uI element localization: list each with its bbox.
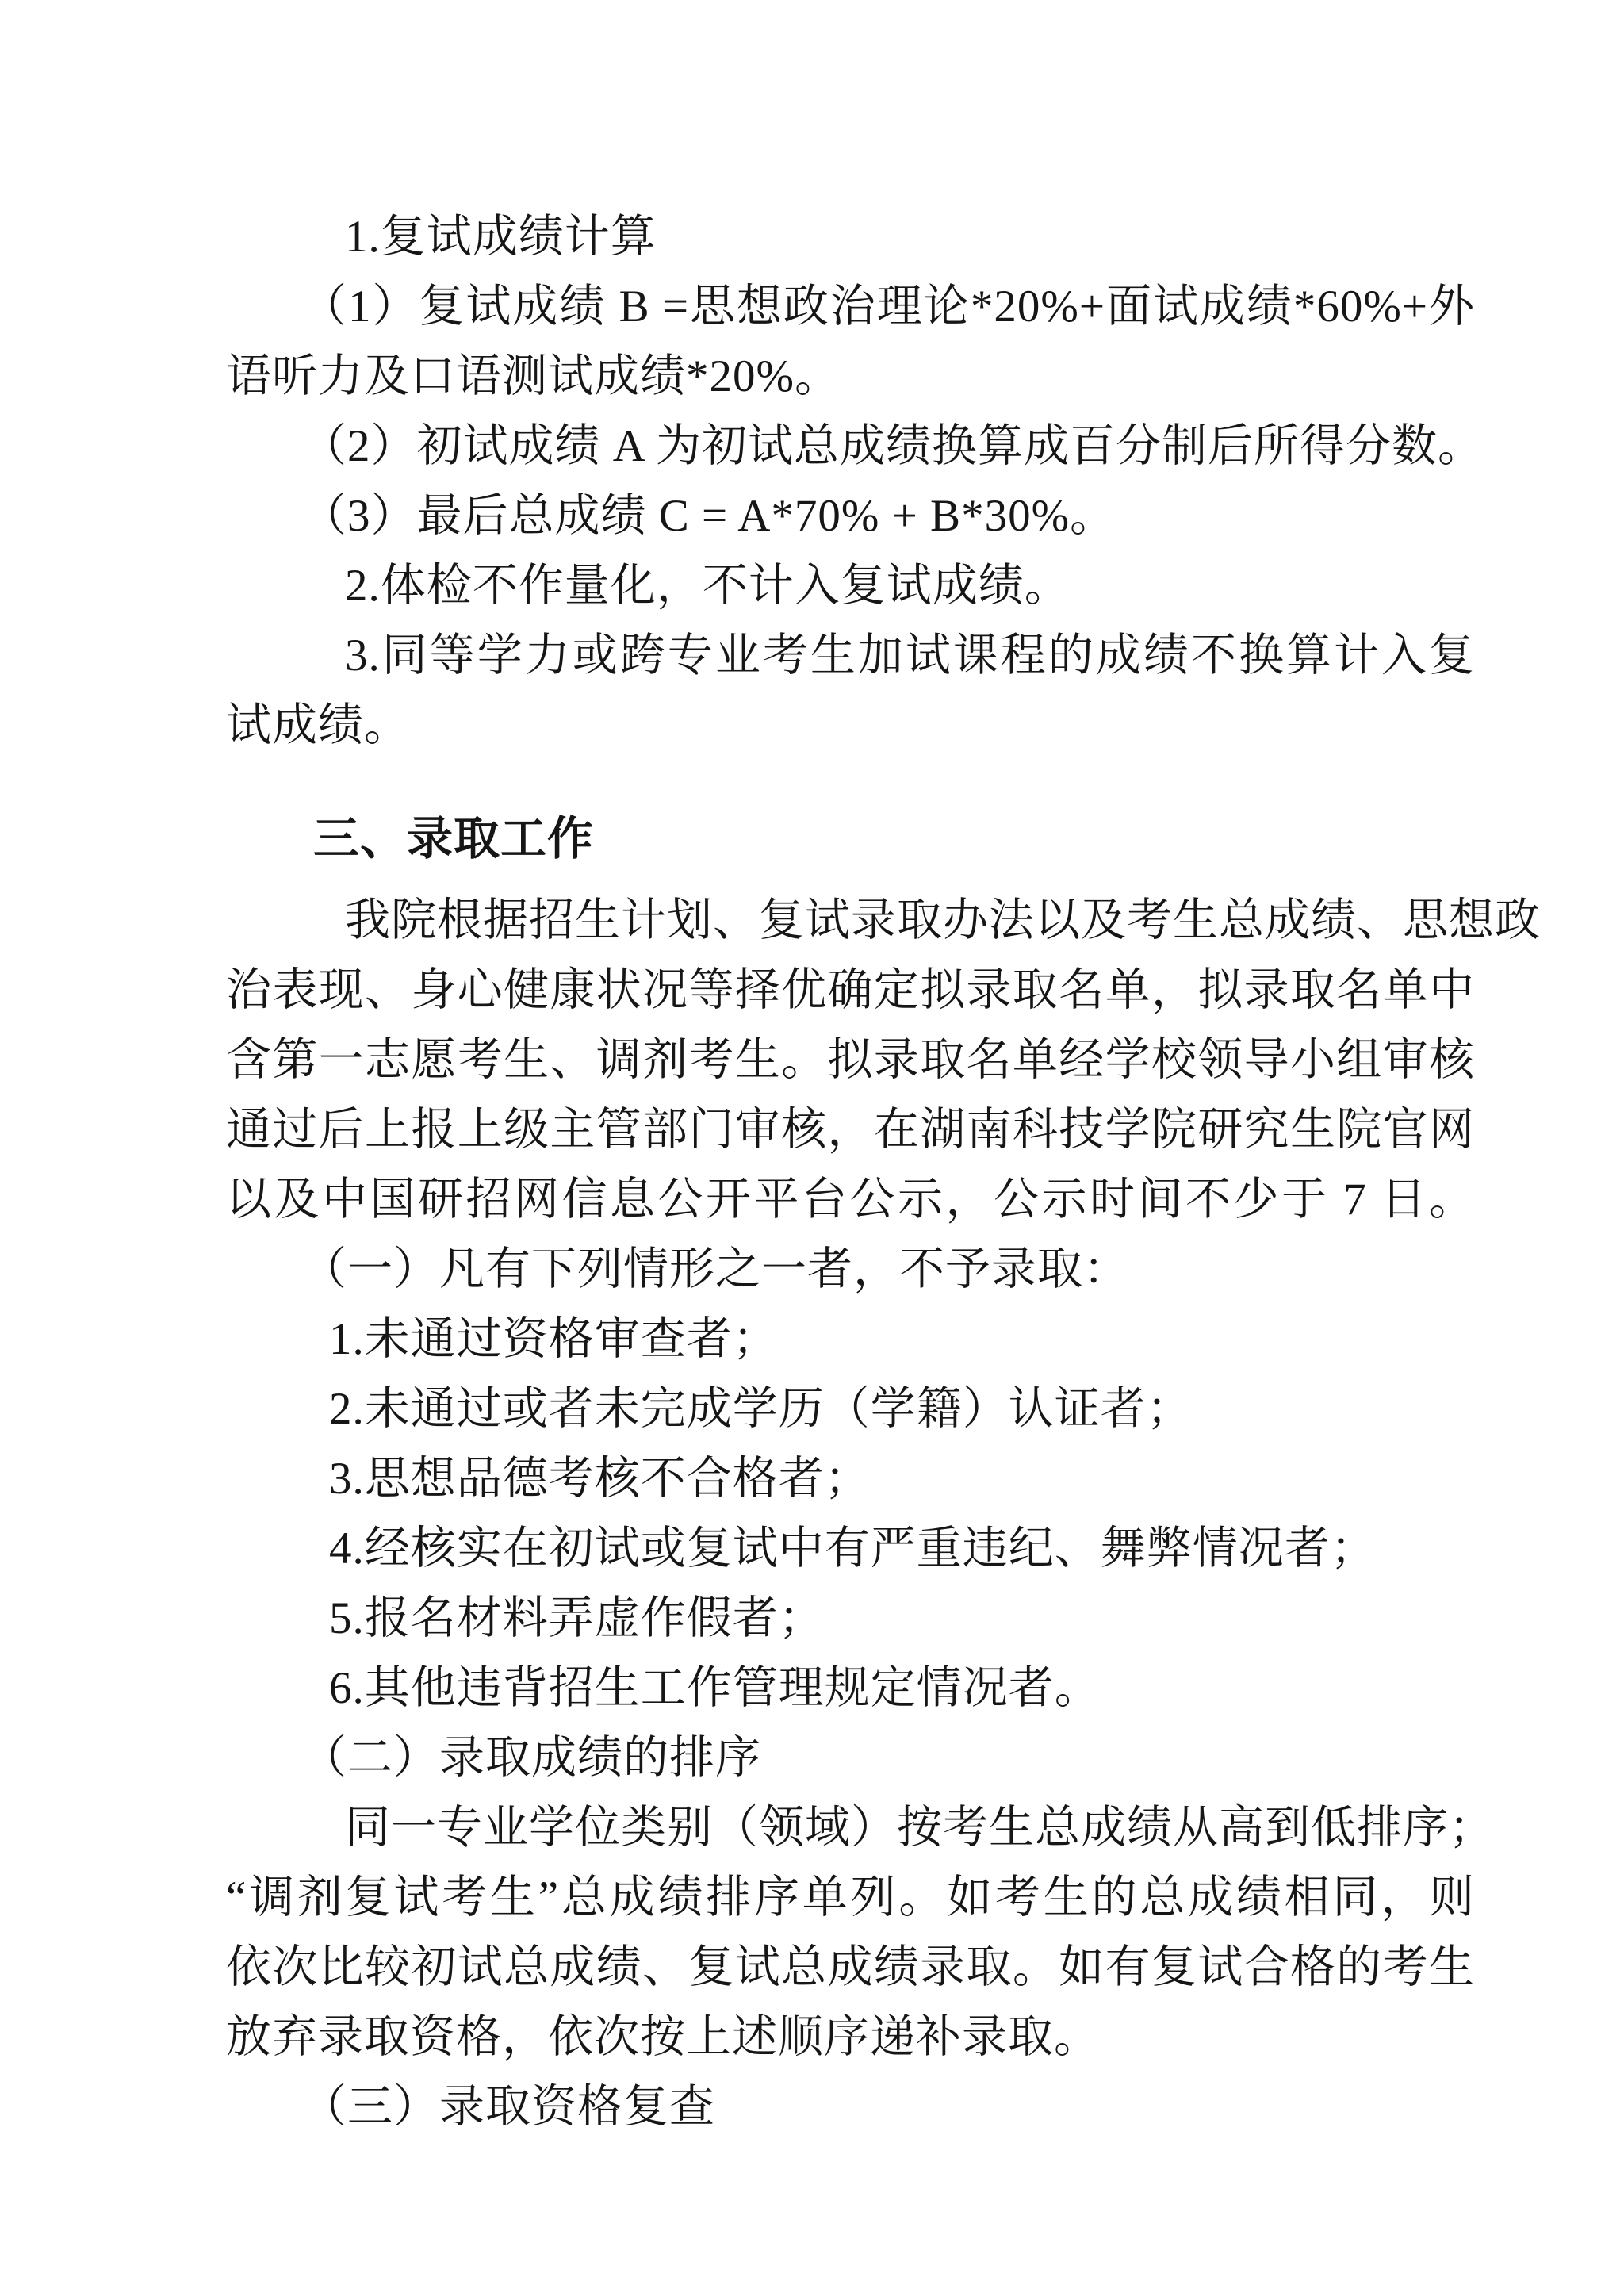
doc-line: 通过后上报上级主管部门审核，在湖南科技学院研究生院官网 <box>226 1095 1475 1165</box>
doc-line: 3.同等学力或跨专业考生加试课程的成绩不换算计入复 <box>226 621 1475 691</box>
doc-line: （2）初试成绩 A 为初试总成绩换算成百分制后所得分数。 <box>226 412 1475 481</box>
doc-line: 同一专业学位类别（领域）按考生总成绩从高到低排序； <box>226 1793 1475 1863</box>
doc-line: 1.复试成绩计算 <box>226 202 1475 272</box>
doc-line: 治表现、身心健康状况等择优确定拟录取名单，拟录取名单中 <box>226 956 1475 1025</box>
doc-line: 含第一志愿考生、调剂考生。拟录取名单经学校领导小组审核 <box>226 1025 1475 1095</box>
doc-line: “调剂复试考生”总成绩排序单列。如考生的总成绩相同，则 <box>226 1863 1475 1933</box>
doc-line: （一）凡有下列情形之一者，不予录取： <box>226 1235 1475 1305</box>
doc-line: （三）录取资格复查 <box>226 2072 1475 2142</box>
doc-line: 试成绩。 <box>226 691 1475 761</box>
doc-line: 1.未通过资格审查者； <box>226 1305 1475 1374</box>
doc-line: 6.其他违背招生工作管理规定情况者。 <box>226 1654 1475 1723</box>
document-body: 1.复试成绩计算（1）复试成绩 B =思想政治理论*20%+面试成绩*60%+外… <box>226 202 1475 2142</box>
doc-line: （3）最后总成绩 C = A*70% + B*30%。 <box>226 481 1475 551</box>
doc-line: 依次比较初试总成绩、复试总成绩录取。如有复试合格的考生 <box>226 1933 1475 2003</box>
section-heading: 三、录取工作 <box>226 804 1475 874</box>
doc-line: 语听力及口语测试成绩*20%。 <box>226 342 1475 412</box>
doc-line: 2.体检不作量化，不计入复试成绩。 <box>226 551 1475 621</box>
doc-line: （二）录取成绩的排序 <box>226 1723 1475 1793</box>
doc-line: 5.报名材料弄虚作假者； <box>226 1584 1475 1654</box>
document-page: 1.复试成绩计算（1）复试成绩 B =思想政治理论*20%+面试成绩*60%+外… <box>0 0 1624 2296</box>
doc-line: 2.未通过或者未完成学历（学籍）认证者； <box>226 1374 1475 1444</box>
doc-line: 4.经核实在初试或复试中有严重违纪、舞弊情况者； <box>226 1514 1475 1584</box>
doc-line: （1）复试成绩 B =思想政治理论*20%+面试成绩*60%+外 <box>226 272 1475 342</box>
doc-line: 我院根据招生计划、复试录取办法以及考生总成绩、思想政 <box>226 886 1475 956</box>
doc-line: 3.思想品德考核不合格者； <box>226 1444 1475 1514</box>
doc-line: 以及中国研招网信息公开平台公示，公示时间不少于 7 日。 <box>226 1165 1475 1235</box>
doc-line: 放弃录取资格，依次按上述顺序递补录取。 <box>226 2003 1475 2072</box>
